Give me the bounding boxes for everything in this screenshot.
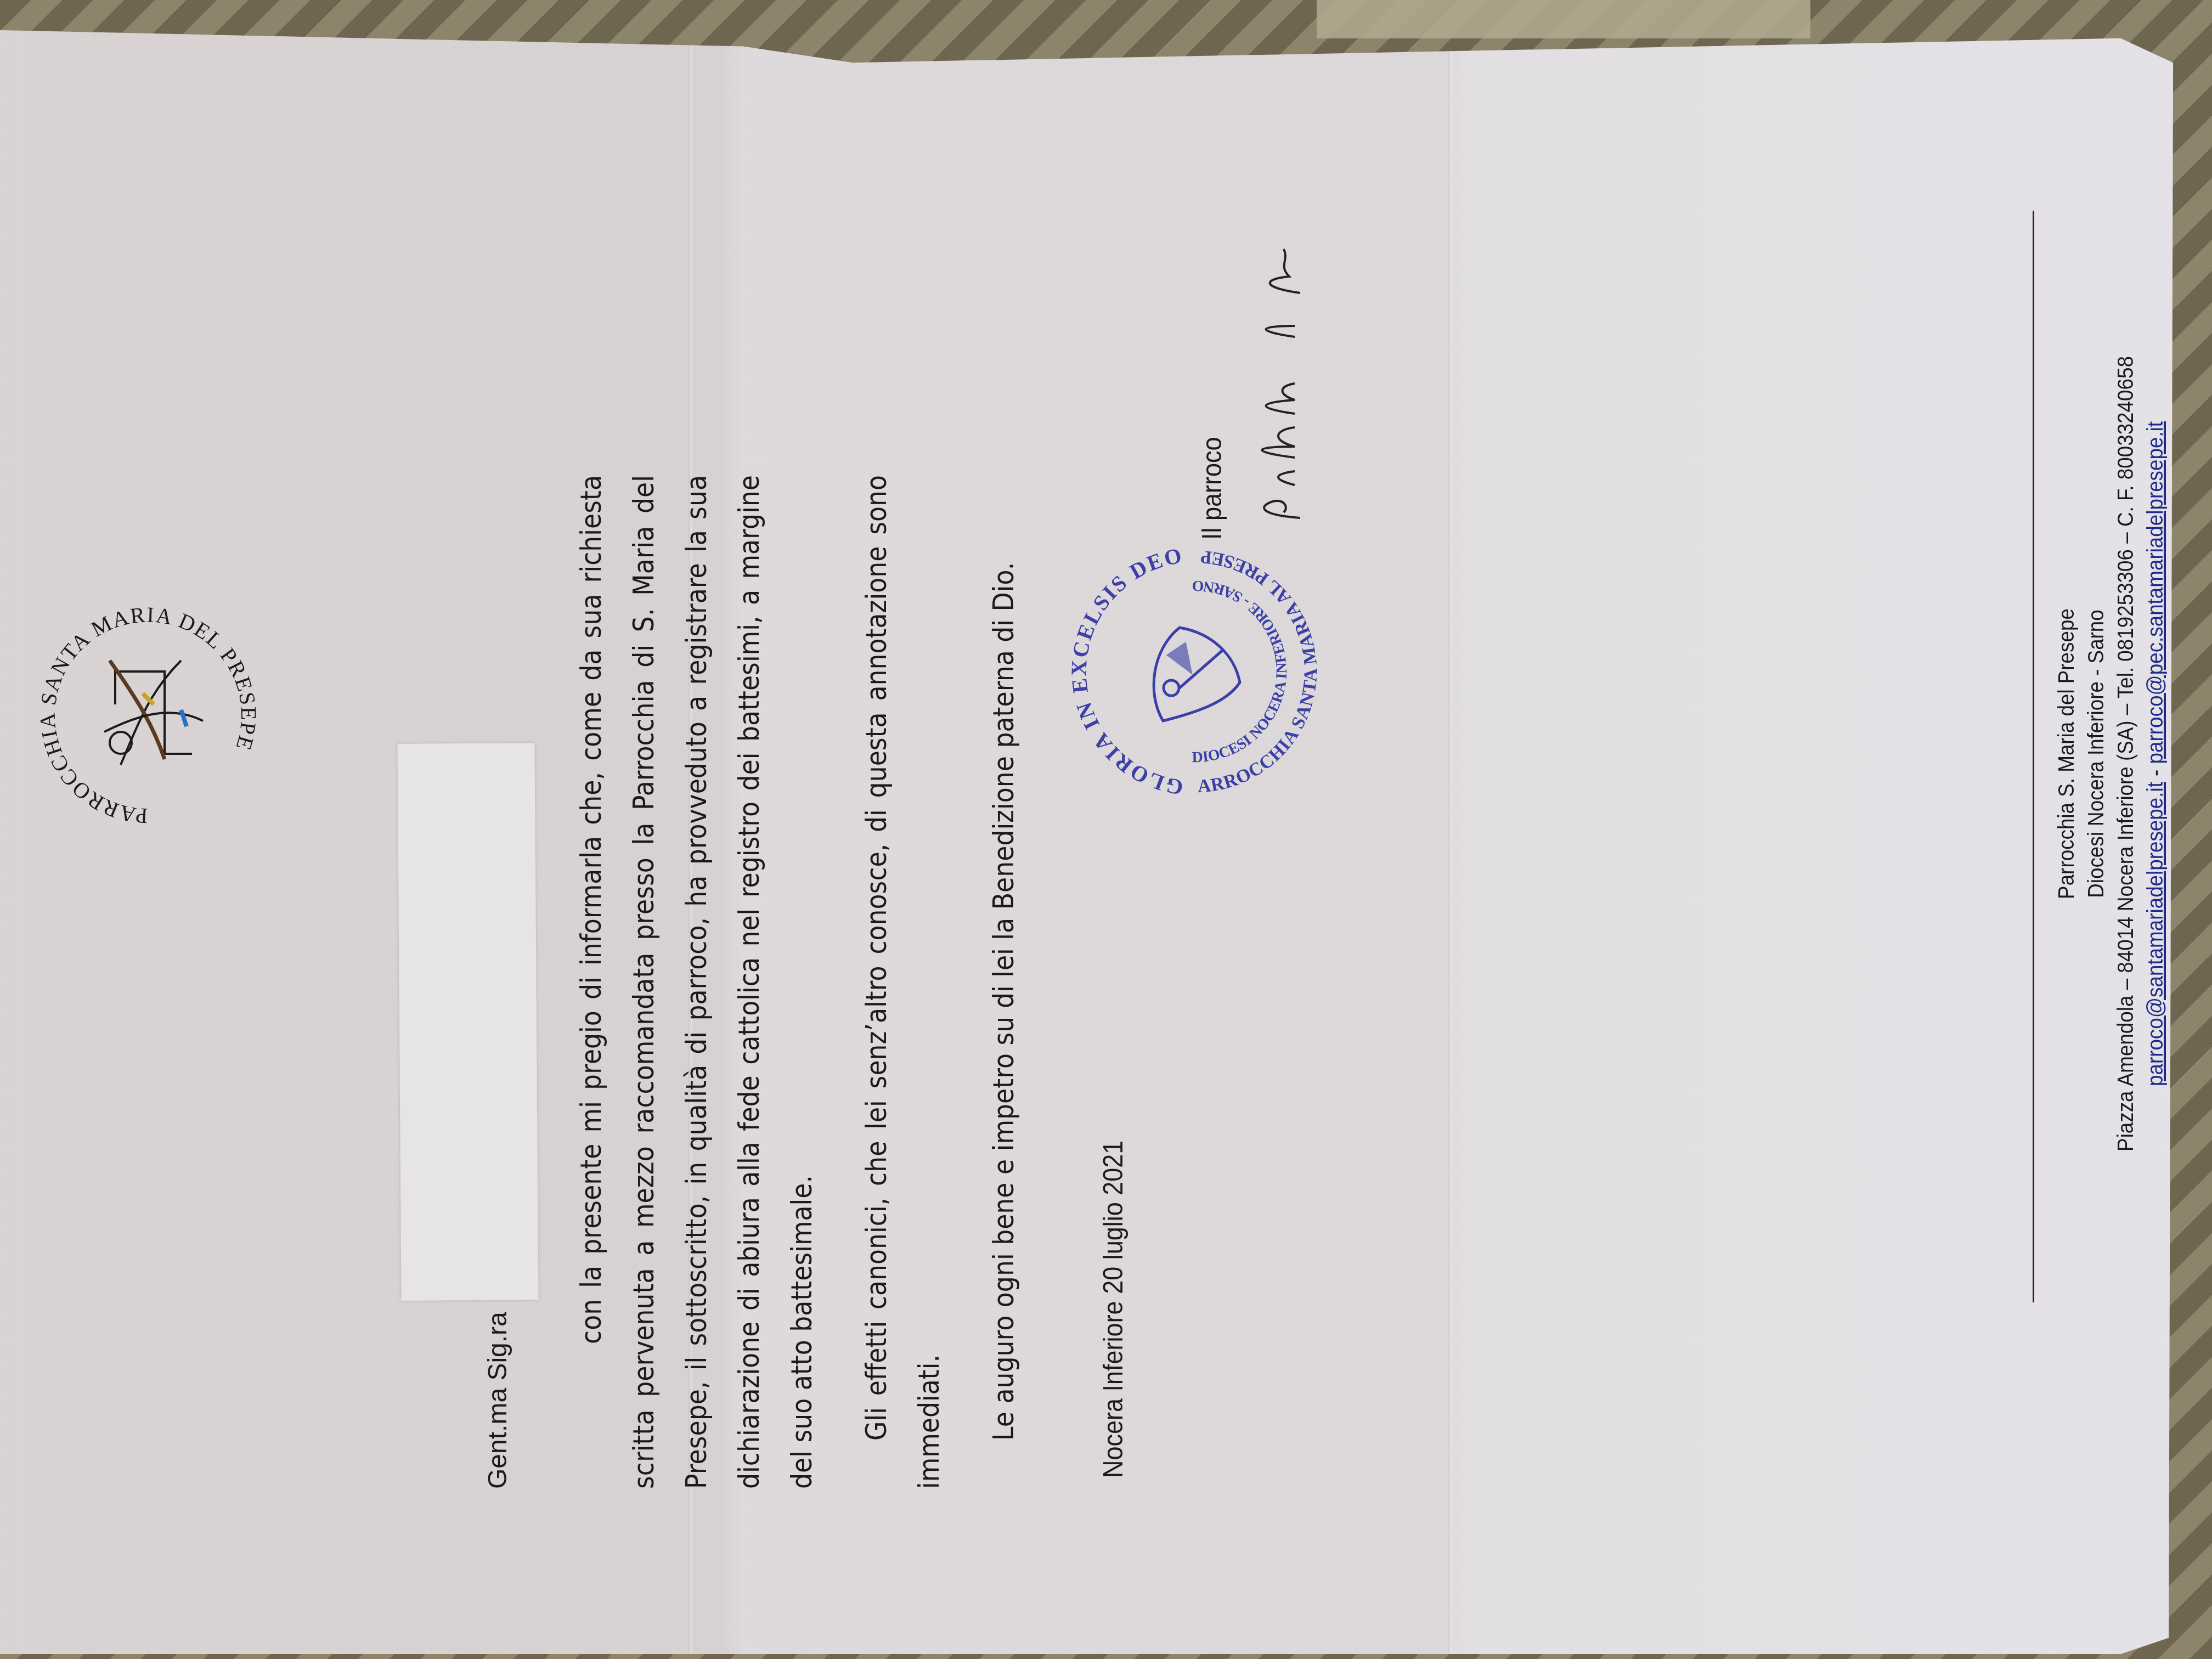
letter-content: PARROCCHIA SANTA MARIA DEL PRESEPE Gent.… xyxy=(0,0,2212,1659)
signer-label: Il parroco xyxy=(1196,437,1228,540)
stamp-inner-text: DIOCESI NOCERA INFERIORE - SARNO xyxy=(1192,577,1290,766)
svg-text:GLORIA IN EXCELSIS DEO: GLORIA IN EXCELSIS DEO xyxy=(1066,543,1186,800)
place-date: Nocera Inferiore 20 luglio 2021 xyxy=(1097,1141,1129,1478)
footer-parish: Parrocchia S. Maria del Presepe xyxy=(2052,123,2081,1385)
footer-diocese: Diocesi Nocera Inferiore - Sarno xyxy=(2081,123,2111,1385)
angel-stamp-icon xyxy=(1154,628,1240,721)
email-link[interactable]: parroco@santamariadelpresepe.it xyxy=(2143,782,2168,1086)
pec-email-link[interactable]: parroco@pec.santamariadelpresepe.it xyxy=(2143,421,2168,764)
svg-text:DIOCESI NOCERA INFERIORE - SAR: DIOCESI NOCERA INFERIORE - SARNO xyxy=(1192,577,1290,766)
paragraph-2: Gli effetti canonici, che lei senz’altro… xyxy=(850,475,956,1489)
footer-rule xyxy=(2033,211,2034,1302)
parish-stamp: GLORIA IN EXCELSIS DEO PARROCCHIA SANTA … xyxy=(1053,529,1339,814)
salutation: Gent.ma Sig.ra xyxy=(483,1312,513,1489)
footer-emails: parroco@santamariadelpresepe.it - parroc… xyxy=(2141,123,2170,1385)
paragraph-3: Le auguro ogni bene e impetro su di lei … xyxy=(978,475,1030,1489)
paragraph-1: con la presente mi pregio di informarla … xyxy=(565,475,828,1489)
footer-address: Piazza Amendola – 84014 Nocera Inferiore… xyxy=(2111,123,2141,1385)
letter-body: con la presente mi pregio di informarla … xyxy=(565,475,1052,1489)
nativity-logo-icon xyxy=(104,661,203,765)
stamp-top-text: GLORIA IN EXCELSIS DEO xyxy=(1066,543,1186,800)
letterhead-footer: Parrocchia S. Maria del Presepe Diocesi … xyxy=(2052,123,2170,1385)
parish-logo: PARROCCHIA SANTA MARIA DEL PRESEPE xyxy=(27,595,269,836)
email-separator: - xyxy=(2143,764,2168,782)
handwritten-signature-icon xyxy=(1240,238,1311,523)
